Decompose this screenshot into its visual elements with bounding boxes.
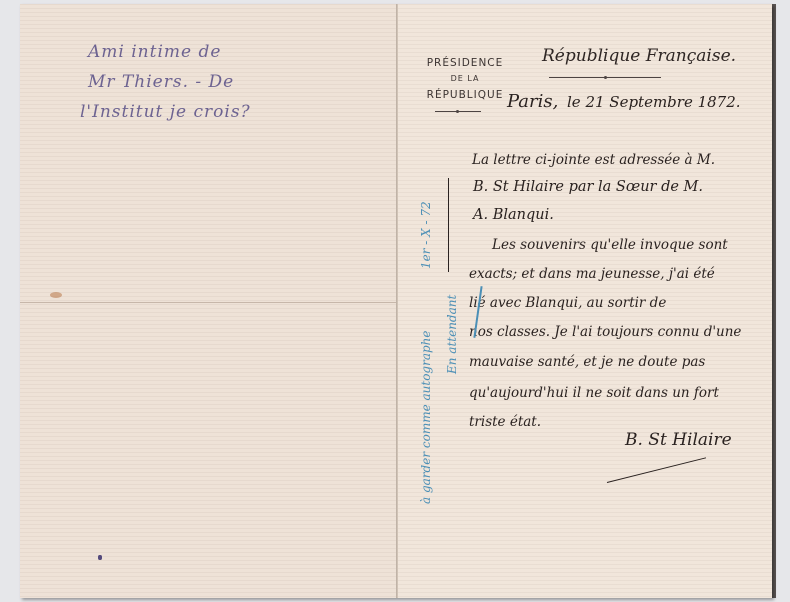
- body-line-6: lié avec Blanqui, au sortir de: [469, 295, 666, 311]
- dateline-date: le 21 Septembre 1872.: [567, 93, 741, 111]
- center-fold: [396, 4, 398, 598]
- letterhead-title-rule-dot: [604, 76, 607, 79]
- margin-annotation-line-1: à garder comme autographe: [419, 330, 433, 504]
- body-line-7: nos classes. Je l'ai toujours connu d'un…: [469, 324, 741, 340]
- margin-bracket-line: [448, 178, 449, 272]
- letterhead-de-la: DE LA: [421, 74, 509, 83]
- body-line-4: Les souvenirs qu'elle invoque sont: [492, 237, 728, 253]
- pencil-note-line-2: Mr Thiers. - De: [88, 72, 234, 92]
- letterhead-title: République Française.: [542, 46, 736, 66]
- body-line-3: A. Blanqui.: [473, 207, 554, 223]
- letterhead-republique: RÉPUBLIQUE: [421, 89, 509, 101]
- margin-annotation-date: 1er - X - 72: [419, 201, 433, 269]
- pencil-mark: [98, 555, 102, 560]
- letterhead-presidence: PRÉSIDENCE: [421, 57, 509, 69]
- stain-mark: [50, 292, 62, 298]
- letterhead-rule-dot-left: [456, 110, 459, 113]
- pencil-note-line-3: l'Institut je crois?: [80, 102, 251, 122]
- body-line-8: mauvaise santé, et je ne doute pas: [469, 354, 705, 370]
- pencil-note-line-1: Ami intime de: [88, 42, 221, 62]
- body-line-2: B. St Hilaire par la Sœur de M.: [473, 179, 703, 195]
- margin-annotation-line-2: En attendant: [445, 295, 459, 374]
- horizontal-fold-crease: [20, 302, 397, 303]
- body-line-9: qu'aujourd'hui il ne soit dans un fort: [469, 385, 719, 401]
- signature: B. St Hilaire: [625, 430, 732, 450]
- body-line-5: exacts; et dans ma jeunesse, j'ai été: [469, 266, 715, 282]
- signature-flourish: [607, 457, 706, 483]
- body-line-10: triste état.: [469, 414, 541, 430]
- dateline-place: Paris,: [507, 91, 558, 112]
- body-line-1: La lettre ci-jointe est adressée à M.: [472, 152, 715, 168]
- left-page: Ami intime de Mr Thiers. - De l'Institut…: [20, 4, 397, 598]
- letter-sheet: Ami intime de Mr Thiers. - De l'Institut…: [20, 4, 772, 598]
- right-page: PRÉSIDENCE DE LA RÉPUBLIQUE République F…: [397, 4, 772, 598]
